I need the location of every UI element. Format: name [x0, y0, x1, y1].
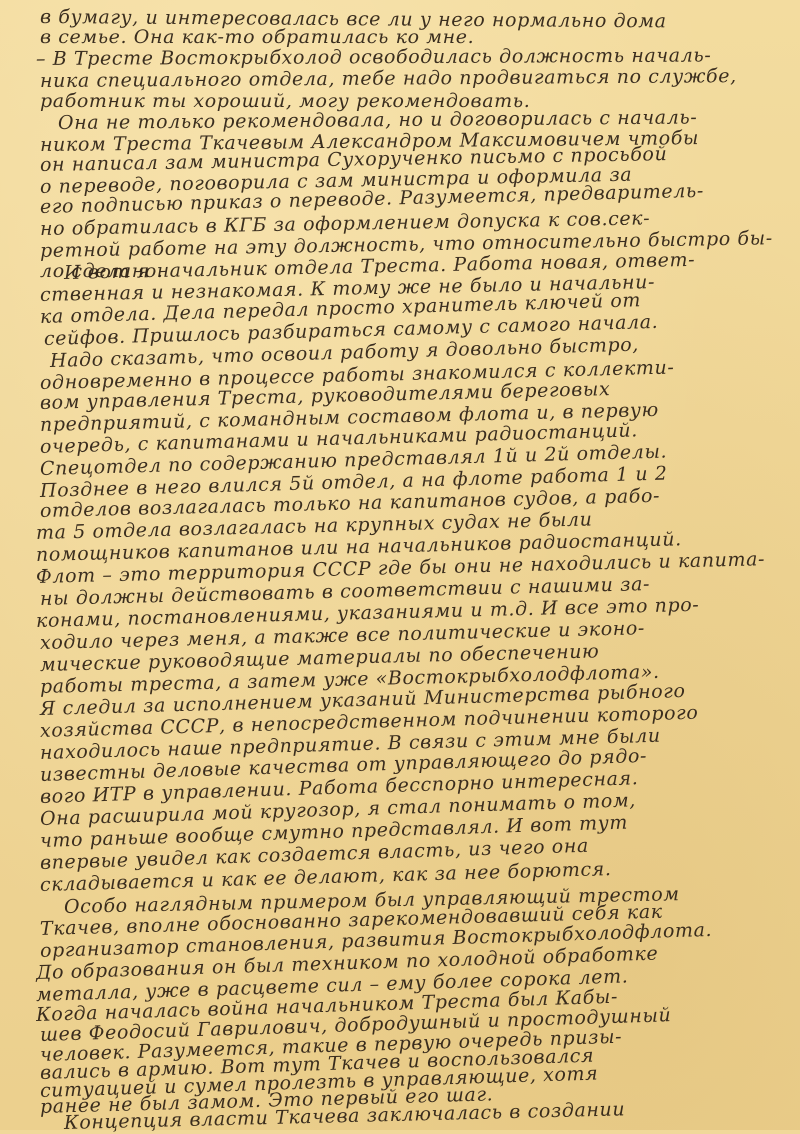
manuscript-line: в семье. Она как-то обратилась ко мне.	[40, 26, 474, 48]
manuscript-line: ника специального отдела, тебе надо прод…	[40, 65, 737, 92]
manuscript-page: в бумагу, и интересовалась все ли у него…	[0, 0, 800, 1130]
